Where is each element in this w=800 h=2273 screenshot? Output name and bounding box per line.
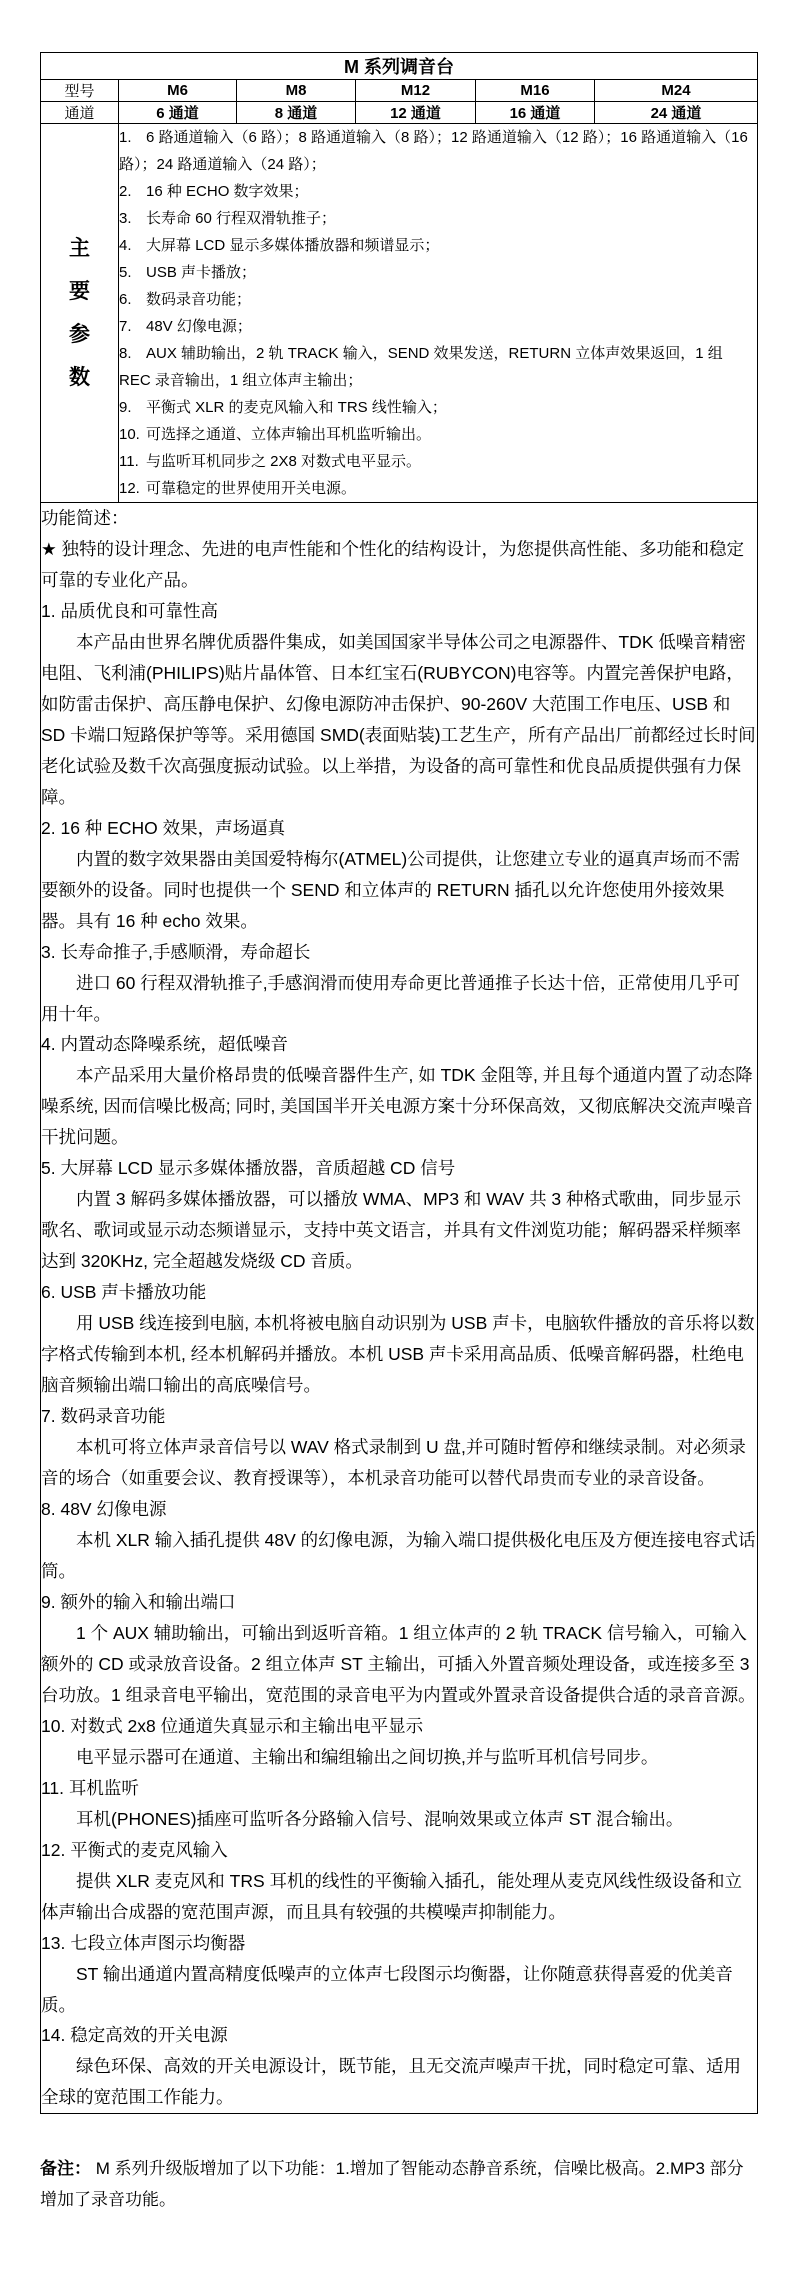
channel-row: 通道 6 通道 8 通道 12 通道 16 通道 24 通道 <box>41 102 758 124</box>
channel-row-label: 通道 <box>41 102 119 124</box>
params-list-cell: 1.6 路通道输入（6 路）；8 路通道输入（8 路）；12 路通道输入（12 … <box>119 124 758 503</box>
table-title: M 系列调音台 <box>41 53 758 80</box>
model-m8: M8 <box>237 80 356 102</box>
document-page: M 系列调音台 型号 M6 M8 M12 M16 M24 通道 6 通道 8 通… <box>0 0 800 2273</box>
feature-section-heading: 5. 大屏幕 LCD 显示多媒体播放器，音质超越 CD 信号 <box>41 1153 757 1184</box>
param-item: 8.AUX 辅助输出，2 轨 TRACK 输入，SEND 效果发送，RETURN… <box>119 340 757 394</box>
model-row-label: 型号 <box>41 80 119 102</box>
feature-section-heading: 1. 品质优良和可靠性高 <box>41 596 757 627</box>
params-vertical-label-chars: 主 要 参 数 <box>41 228 118 398</box>
feature-section-body: 进口 60 行程双滑轨推子,手感润滑而使用寿命更比普通推子长达十倍，正常使用几乎… <box>41 968 757 1030</box>
feature-section-heading: 6. USB 声卡播放功能 <box>41 1277 757 1308</box>
channels-m8: 8 通道 <box>237 102 356 124</box>
param-item: 1.6 路通道输入（6 路）；8 路通道输入（8 路）；12 路通道输入（12 … <box>119 124 757 178</box>
features-row: 功能简述： ★ 独特的设计理念、先进的电声性能和个性化的结构设计，为您提供高性能… <box>41 503 758 2114</box>
feature-section-body: 本机 XLR 输入插孔提供 48V 的幻像电源，为输入端口提供极化电压及方便连接… <box>41 1525 757 1587</box>
feature-section-body: 电平显示器可在通道、主输出和编组输出之间切换,并与监听耳机信号同步。 <box>41 1742 757 1773</box>
model-m12: M12 <box>356 80 476 102</box>
remark-text: M 系列升级版增加了以下功能：1.增加了智能动态静音系统，信噪比极高。2.MP3… <box>40 2159 744 2209</box>
param-item: 2.16 种 ECHO 数字效果； <box>119 178 757 205</box>
feature-section-heading: 12. 平衡式的麦克风输入 <box>41 1835 757 1866</box>
features-intro: ★ 独特的设计理念、先进的电声性能和个性化的结构设计，为您提供高性能、多功能和稳… <box>41 534 757 596</box>
feature-section-body: 本产品采用大量价格昂贵的低噪音器件生产, 如 TDK 金阻等, 并且每个通道内置… <box>41 1060 757 1153</box>
model-m6: M6 <box>119 80 237 102</box>
feature-section-body: 本产品由世界名牌优质器件集成，如美国国家半导体公司之电源器件、TDK 低噪音精密… <box>41 627 757 813</box>
param-item: 10.可选择之通道、立体声输出耳机监听输出。 <box>119 421 757 448</box>
feature-section-body: ST 输出通道内置高精度低噪声的立体声七段图示均衡器，让你随意获得喜爱的优美音质… <box>41 1959 757 2021</box>
param-item: 3.长寿命 60 行程双滑轨推子； <box>119 205 757 232</box>
param-item: 7.48V 幻像电源； <box>119 313 757 340</box>
model-row: 型号 M6 M8 M12 M16 M24 <box>41 80 758 102</box>
feature-section-body: 耳机(PHONES)插座可监听各分路输入信号、混响效果或立体声 ST 混合输出。 <box>41 1804 757 1835</box>
params-vertical-label: 主 要 参 数 <box>41 124 119 503</box>
feature-section-body: 本机可将立体声录音信号以 WAV 格式录制到 U 盘,并可随时暂停和继续录制。对… <box>41 1432 757 1494</box>
param-item: 12.可靠稳定的世界使用开关电源。 <box>119 475 757 502</box>
param-item: 9.平衡式 XLR 的麦克风输入和 TRS 线性输入； <box>119 394 757 421</box>
param-item: 4.大屏幕 LCD 显示多媒体播放器和频谱显示； <box>119 232 757 259</box>
feature-section-heading: 9. 额外的输入和输出端口 <box>41 1587 757 1618</box>
features-heading: 功能简述： <box>41 503 757 534</box>
feature-section-heading: 8. 48V 幻像电源 <box>41 1494 757 1525</box>
channels-m12: 12 通道 <box>356 102 476 124</box>
feature-section-heading: 4. 内置动态降噪系统，超低噪音 <box>41 1029 757 1060</box>
channels-m6: 6 通道 <box>119 102 237 124</box>
feature-section-heading: 13. 七段立体声图示均衡器 <box>41 1928 757 1959</box>
feature-section-body: 内置的数字效果器由美国爱特梅尔(ATMEL)公司提供，让您建立专业的逼真声场而不… <box>41 844 757 937</box>
feature-section-body: 提供 XLR 麦克风和 TRS 耳机的线性的平衡输入插孔，能处理从麦克风线性级设… <box>41 1866 757 1928</box>
model-m16: M16 <box>476 80 595 102</box>
param-item: 6.数码录音功能； <box>119 286 757 313</box>
table-title-row: M 系列调音台 <box>41 53 758 80</box>
feature-section-body: 绿色环保、高效的开关电源设计，既节能，且无交流声噪声干扰，同时稳定可靠、适用全球… <box>41 2051 757 2113</box>
remark-note: 备注： M 系列升级版增加了以下功能：1.增加了智能动态静音系统，信噪比极高。2… <box>40 2154 757 2215</box>
feature-section-body: 用 USB 线连接到电脑, 本机将被电脑自动识别为 USB 声卡，电脑软件播放的… <box>41 1308 757 1401</box>
channels-m24: 24 通道 <box>595 102 758 124</box>
channels-m16: 16 通道 <box>476 102 595 124</box>
feature-section-heading: 7. 数码录音功能 <box>41 1401 757 1432</box>
feature-section-heading: 11. 耳机监听 <box>41 1773 757 1804</box>
features-cell: 功能简述： ★ 独特的设计理念、先进的电声性能和个性化的结构设计，为您提供高性能… <box>41 503 758 2114</box>
model-m24: M24 <box>595 80 758 102</box>
feature-section-body: 1 个 AUX 辅助输出，可输出到返听音箱。1 组立体声的 2 轨 TRACK … <box>41 1618 757 1711</box>
feature-section-heading: 10. 对数式 2x8 位通道失真显示和主输出电平显示 <box>41 1711 757 1742</box>
param-item: 5.USB 声卡播放； <box>119 259 757 286</box>
feature-section-heading: 3. 长寿命推子,手感顺滑，寿命超长 <box>41 937 757 968</box>
param-item: 11.与监听耳机同步之 2X8 对数式电平显示。 <box>119 448 757 475</box>
feature-section-body: 内置 3 解码多媒体播放器，可以播放 WMA、MP3 和 WAV 共 3 种格式… <box>41 1184 757 1277</box>
spec-table: M 系列调音台 型号 M6 M8 M12 M16 M24 通道 6 通道 8 通… <box>40 52 758 2114</box>
feature-section-heading: 14. 稳定高效的开关电源 <box>41 2020 757 2051</box>
remark-label: 备注： <box>40 2159 91 2178</box>
params-row: 主 要 参 数 1.6 路通道输入（6 路）；8 路通道输入（8 路）；12 路… <box>41 124 758 503</box>
feature-section-heading: 2. 16 种 ECHO 效果，声场逼真 <box>41 813 757 844</box>
